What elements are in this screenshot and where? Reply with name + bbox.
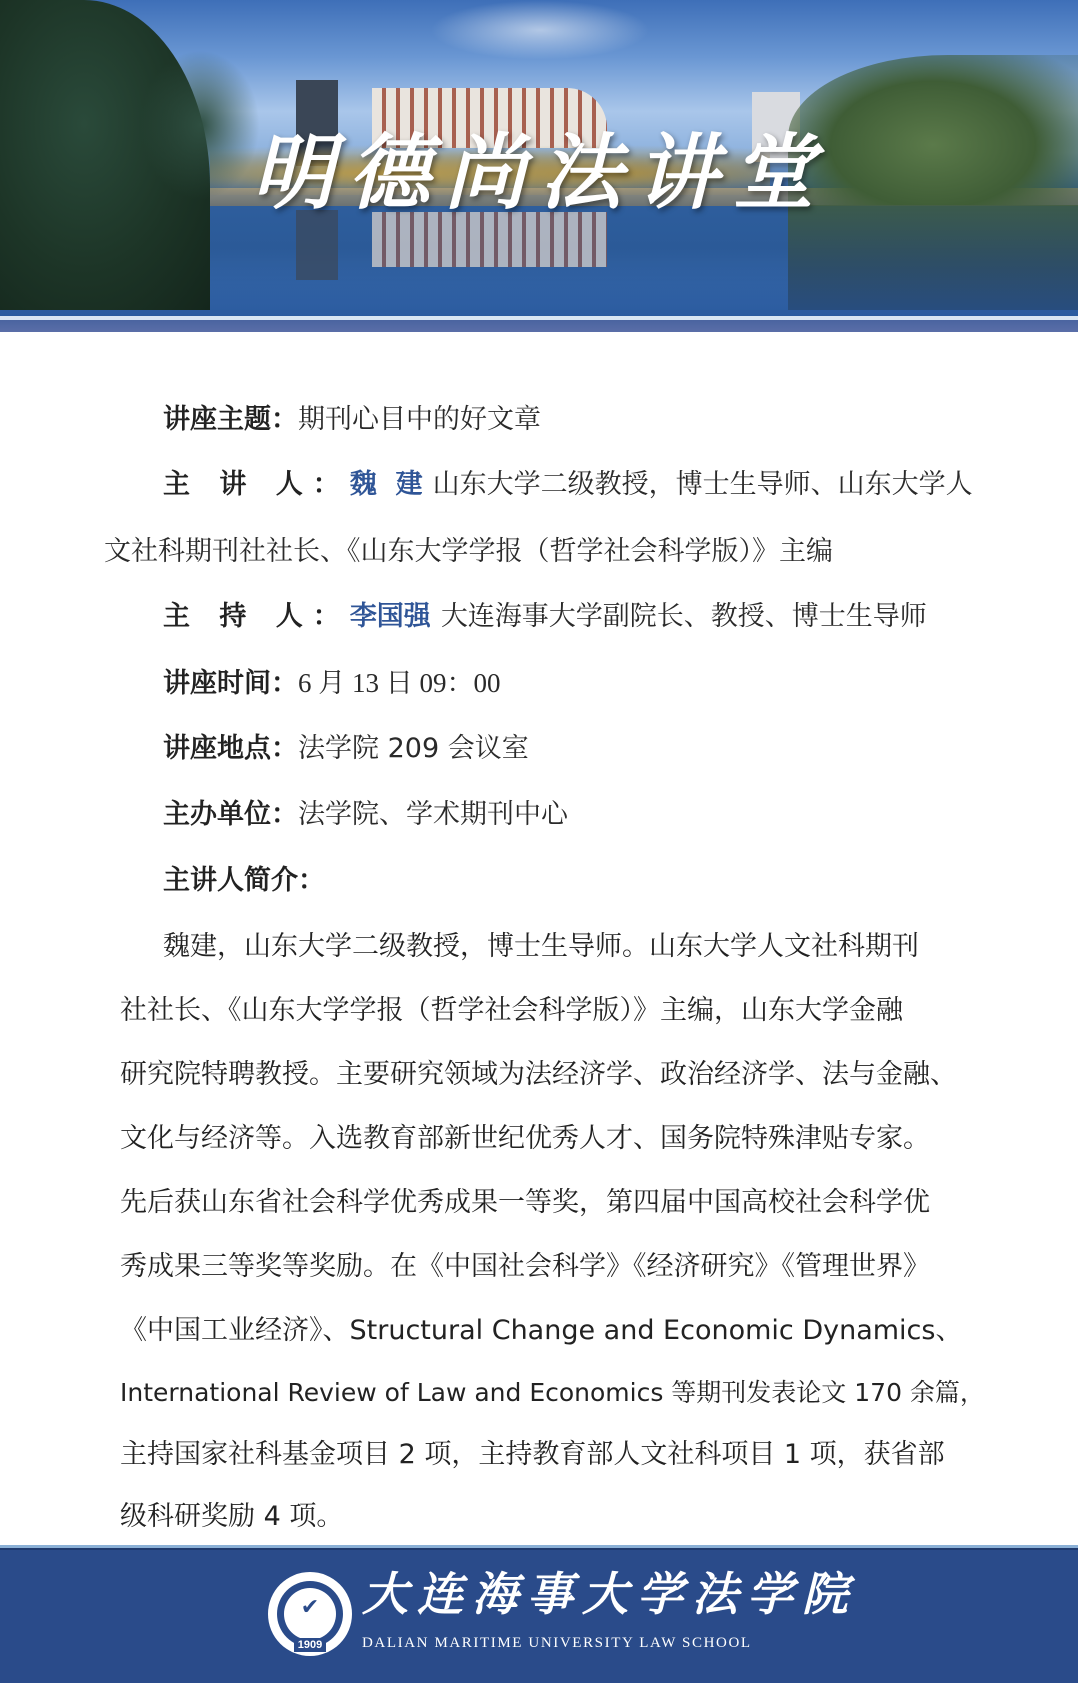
bio-line: 主持国家社科基金项目 2 项，主持教育部人文社科项目 1 项，获省部 — [120, 1438, 995, 1472]
logo-inner: ✔ — [284, 1588, 336, 1640]
bio-line: 秀成果三等奖等奖励。在《中国社会科学》《经济研究》《管理世界》 — [120, 1250, 995, 1284]
ship-emblem-icon: ✔ — [284, 1596, 336, 1620]
host-label: 主 持 人： — [163, 601, 350, 632]
organizer-row: 主办单位：法学院、学术期刊中心 — [163, 798, 568, 832]
university-logo-icon: ✔ 1909 — [268, 1572, 352, 1656]
cloud-decoration — [430, 0, 650, 60]
time-row: 讲座时间：6 月 13 日 09：00 — [163, 666, 501, 701]
bio-heading-row: 主讲人简介： — [163, 864, 325, 898]
bio-line: 魏建，山东大学二级教授，博士生导师。山东大学人文社科期刊 — [163, 930, 1038, 964]
bio-line: 《中国工业经济》、Structural Change and Economic … — [120, 1314, 995, 1348]
organizer-label: 主办单位： — [163, 799, 298, 830]
host-row: 主 持 人：李国强大连海事大学副院长、教授、博士生导师 — [163, 600, 927, 634]
time-value: 6 月 13 日 09：00 — [298, 668, 501, 698]
footer-banner: ✔ 1909 大连海事大学法学院 DALIAN MARITIME UNIVERS… — [0, 1548, 1078, 1683]
host-title: 大连海事大学副院长、教授、博士生导师 — [441, 601, 927, 632]
location-row: 讲座地点：法学院 209 会议室 — [163, 732, 529, 766]
speaker-title-line2: 文社科期刊社社长、《山东大学学报（哲学社会科学版）》主编 — [104, 535, 833, 569]
bio-line: 级科研奖励 4 项。 — [120, 1500, 995, 1534]
bio-line: 文化与经济等。入选教育部新世纪优秀人才、国务院特殊津贴专家。 — [120, 1122, 995, 1156]
bio-line: 先后获山东省社会科学优秀成果一等奖，第四届中国高校社会科学优 — [120, 1186, 995, 1220]
bio-line: International Review of Law and Economic… — [120, 1376, 995, 1410]
bio-line: 社社长、《山东大学学报（哲学社会科学版）》主编，山东大学金融 — [120, 994, 995, 1028]
speaker-label: 主 讲 人： — [163, 469, 350, 500]
location-value: 法学院 209 会议室 — [298, 733, 529, 764]
school-name-cn: 大连海事大学法学院 — [362, 1564, 857, 1624]
speaker-title-line1: 山东大学二级教授，博士生导师、山东大学人 — [433, 469, 973, 500]
banner-divider-blue — [0, 320, 1078, 332]
topic-label: 讲座主题： — [163, 404, 298, 435]
topic-row: 讲座主题：期刊心目中的好文章 — [163, 403, 541, 437]
speaker-row: 主 讲 人：魏 建山东大学二级教授，博士生导师、山东大学人 — [163, 468, 973, 502]
bio-line: 研究院特聘教授。主要研究领域为法经济学、政治经济学、法与金融、 — [120, 1058, 995, 1092]
banner-title: 明德尚法讲堂 — [200, 108, 880, 225]
bio-heading: 主讲人简介： — [163, 865, 325, 896]
logo-year: 1909 — [294, 1638, 326, 1652]
topic-value: 期刊心目中的好文章 — [298, 404, 541, 435]
time-label: 讲座时间： — [163, 668, 298, 699]
organizer-value: 法学院、学术期刊中心 — [298, 799, 568, 830]
school-name-en: DALIAN MARITIME UNIVERSITY LAW SCHOOL — [362, 1634, 752, 1652]
speaker-name: 魏 建 — [350, 469, 423, 500]
host-name: 李国强 — [350, 601, 431, 632]
banner-image: 明德尚法讲堂 — [0, 0, 1078, 318]
location-label: 讲座地点： — [163, 733, 298, 764]
